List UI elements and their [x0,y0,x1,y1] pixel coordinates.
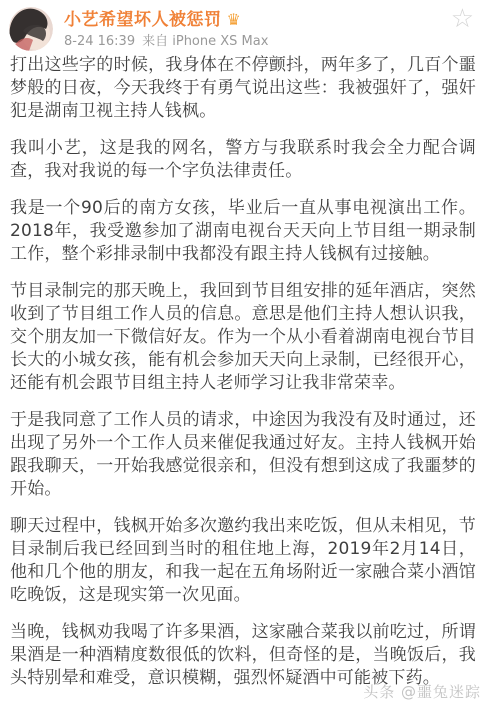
paragraph-7: 当晚，钱枫劝我喝了许多果酒，这家融合菜我以前吃过，所谓果酒是一种酒精度数很低的饮… [10,621,476,690]
post-meta: 8-24 16:39来自 iPhone XS Max [64,34,474,50]
timestamp: 8-24 16:39 [64,34,135,49]
paragraph-5: 于是我同意了工作人员的请求，中途因为我没有及时通过，还出现了另外一个工作人员来催… [10,409,476,501]
paragraph-6: 聊天过程中，钱枫开始多次邀约我出来吃饭，但从未相见，节目录制后我已经回到当时的租… [10,515,476,607]
name-row: 小艺希望坏人被惩罚 ♛ [64,10,474,30]
paragraph-3: 我是一个90后的南方女孩，毕业后一直从事电视演出工作。2018年，我受邀参加了湖… [10,197,476,266]
avatar-image [9,7,53,51]
paragraph-1: 打出这些字的时候，我身体在不停颤抖，两年多了，几百个噩梦般的日夜，今天我终于有勇… [10,54,476,123]
username[interactable]: 小艺希望坏人被惩罚 [64,10,222,30]
crown-badge-icon: ♛ [227,12,241,28]
avatar[interactable] [9,7,53,51]
post-source: 来自 iPhone XS Max [142,34,268,49]
paragraph-2: 我叫小艺，这是我的网名，警方与我联系时我会全力配合调查，我对我说的每一个字负法律… [10,137,476,183]
post-content: 打出这些字的时候，我身体在不停颤抖，两年多了，几百个噩梦般的日夜，今天我终于有勇… [0,54,486,690]
paragraph-4: 节目录制完的那天晚上，我回到节目组安排的延年酒店，突然收到了节目组工作人员的信息… [10,280,476,395]
post-header: 小艺希望坏人被惩罚 ♛ 8-24 16:39来自 iPhone XS Max ☆ [0,0,486,53]
header-text: 小艺希望坏人被惩罚 ♛ 8-24 16:39来自 iPhone XS Max [64,7,474,50]
favorite-star-icon[interactable]: ☆ [451,6,474,32]
weibo-post-card: 小艺希望坏人被惩罚 ♛ 8-24 16:39来自 iPhone XS Max ☆… [0,0,486,705]
